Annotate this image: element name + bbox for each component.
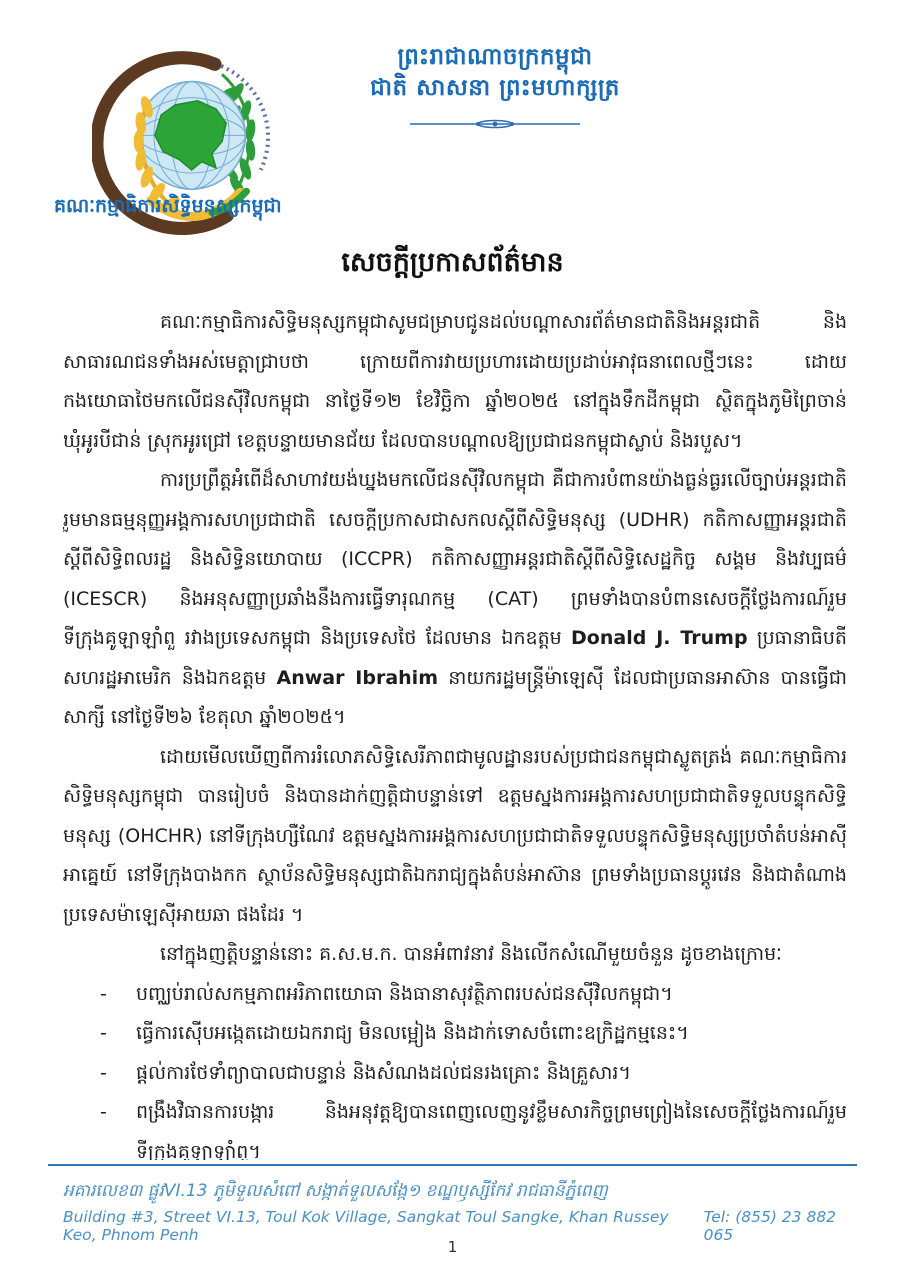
name-anwar-ibrahim: Anwar Ibrahim bbox=[276, 667, 438, 689]
ornamental-divider bbox=[300, 116, 690, 135]
bullet-dash: - bbox=[100, 1014, 136, 1054]
document-title: សេចក្តីប្រកាសព័ត៌មាន bbox=[0, 246, 905, 285]
paragraph-2-seg1: ការប្រព្រឹត្តអំពើដ៏សាហាវយង់ឃ្នងមកលើជនស៊ី… bbox=[63, 469, 847, 649]
paragraph-1-text: គណៈកម្មាធិការសិទ្ធិមនុស្សកម្ពុជាសូមជម្រា… bbox=[63, 311, 847, 452]
bullet-dash: - bbox=[100, 1054, 136, 1094]
list-intro-line: នៅក្នុងញត្តិបន្ទាន់នោះ គ.ស.ម.ក. បានអំពាវ… bbox=[63, 935, 847, 975]
kingdom-title: ព្រះរាជាណាចក្រកម្ពុជា bbox=[300, 42, 690, 73]
kingdom-header: ព្រះរាជាណាចក្រកម្ពុជា ជាតិ សាសនា ព្រះមហា… bbox=[300, 42, 690, 135]
organization-name: គណៈកម្មាធិការសិទ្ធិមនុស្សកម្ពុជា bbox=[54, 194, 354, 222]
list-item-text: បញ្ឈប់រាល់សកម្មភាពអរិភាពយោធា និងធានាសុវត… bbox=[136, 975, 847, 1015]
page-number: 1 bbox=[0, 1238, 905, 1256]
name-donald-trump: Donald J. Trump bbox=[571, 627, 748, 649]
list-item: - ពង្រឹងវិធានការបង្ការ និងអនុវត្តឱ្យបានព… bbox=[100, 1093, 847, 1160]
list-intro-text: នៅក្នុងញត្តិបន្ទាន់នោះ គ.ស.ម.ក. បានអំពាវ… bbox=[160, 943, 782, 965]
list-item-text: ធ្វើការស៊ើបអង្កេតដោយឯករាជ្យ មិនលម្អៀង និ… bbox=[136, 1014, 847, 1054]
bullet-dash: - bbox=[100, 1093, 136, 1133]
list-item-text: ផ្តល់ការថែទាំព្យាបាលជាបន្ទាន់ និងសំណងដល់… bbox=[136, 1054, 847, 1094]
list-item: - បញ្ឈប់រាល់សកម្មភាពអរិភាពយោធា និងធានាសុ… bbox=[100, 975, 847, 1015]
footer-address-khmer: អគារលេខ៣ ផ្លូវVI.13 ភូមិទួលសំពៅ សង្កាត់ទ… bbox=[63, 1180, 847, 1205]
bullet-dash: - bbox=[100, 975, 136, 1015]
paragraph-1: គណៈកម្មាធិការសិទ្ធិមនុស្សកម្ពុជាសូមជម្រា… bbox=[63, 303, 847, 461]
paragraph-3: ដោយមើលឃើញពីការរំលោភសិទ្ធិសេរីភាពជាមូលដ្ឋ… bbox=[63, 738, 847, 936]
list-item: - ផ្តល់ការថែទាំព្យាបាលជាបន្ទាន់ និងសំណងដ… bbox=[100, 1054, 847, 1094]
list-item-text: ពង្រឹងវិធានការបង្ការ និងអនុវត្តឱ្យបានពេញ… bbox=[136, 1093, 847, 1160]
document-body: គណៈកម្មាធិការសិទ្ធិមនុស្សកម្ពុជាសូមជម្រា… bbox=[63, 303, 847, 1160]
list-item: - ធ្វើការស៊ើបអង្កេតដោយឯករាជ្យ មិនលម្អៀង … bbox=[100, 1014, 847, 1054]
demands-list: - បញ្ឈប់រាល់សកម្មភាពអរិភាពយោធា និងធានាសុ… bbox=[100, 975, 847, 1161]
paragraph-3-text: ដោយមើលឃើញពីការរំលោភសិទ្ធិសេរីភាពជាមូលដ្ឋ… bbox=[63, 746, 847, 926]
globe-icon bbox=[138, 82, 246, 190]
kingdom-motto: ជាតិ សាសនា ព្រះមហាក្សត្រ bbox=[300, 73, 690, 104]
paragraph-2: ការប្រព្រឹត្តអំពើដ៏សាហាវយង់ឃ្នងមកលើជនស៊ី… bbox=[63, 461, 847, 738]
document-page: ព្រះរាជាណាចក្រកម្ពុជា ជាតិ សាសនា ព្រះមហា… bbox=[0, 0, 905, 1280]
footer-divider-line bbox=[48, 1164, 857, 1166]
